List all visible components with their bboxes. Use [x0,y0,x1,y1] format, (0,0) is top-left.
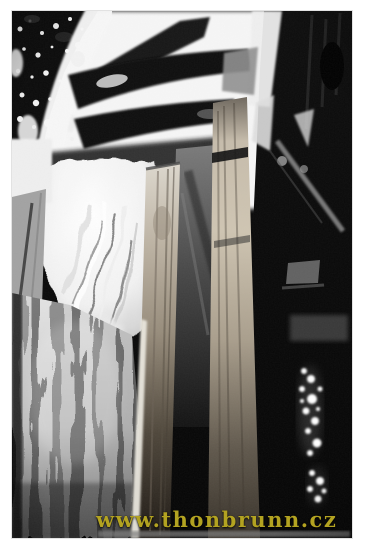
photo-frame: www.thonbrunn.cz [0,0,371,550]
photo-artwork [12,11,352,538]
film-grain [12,11,352,538]
watermark-text: www.thonbrunn.cz [96,507,337,532]
waterwheel-photo: www.thonbrunn.cz [12,11,352,538]
